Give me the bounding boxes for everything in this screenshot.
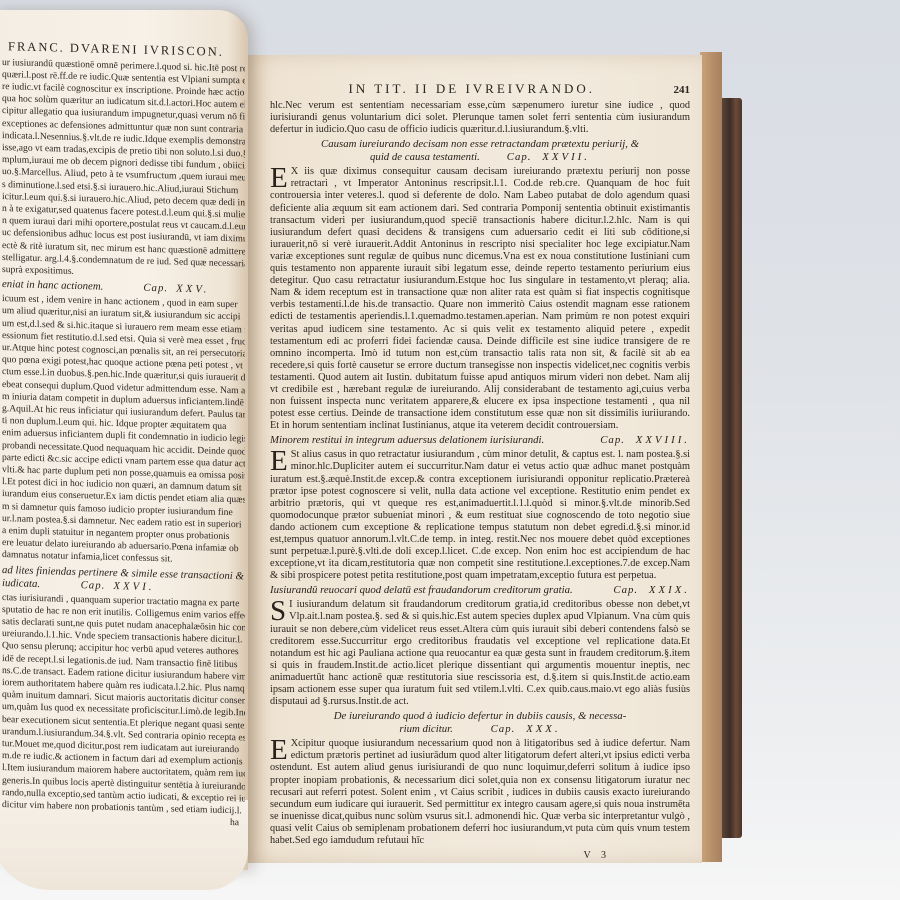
- chapter-heading-text: eniat in hanc actionem.: [2, 278, 103, 294]
- chapter-body: I iusiurandum delatum sit fraudandorum c…: [270, 599, 690, 707]
- chapter-body: X iis quæ diximus consequitur causam dec…: [270, 166, 690, 431]
- chapter-number: XXVII.: [542, 151, 590, 163]
- chapter-heading-text: rium dicitur.: [399, 723, 452, 735]
- right-running-head-title: IN TIT. II DE IVREIVRANDO.: [270, 82, 674, 95]
- chapter-number: XXV.: [176, 283, 209, 296]
- chapter-heading-line: rium dicitur. Cap. XXX.: [270, 723, 690, 736]
- right-running-head: IN TIT. II DE IVREIVRANDO. 241: [270, 82, 690, 96]
- left-chapter-25-text: icuum est , idem venire in hanc actionem…: [0, 293, 245, 568]
- chapter-number: XXVI.: [113, 580, 154, 593]
- chapter-heading-text: iudicata.: [2, 577, 40, 590]
- cap-label: Cap.: [600, 434, 625, 446]
- chapter-number: XXIX.: [649, 584, 690, 596]
- page-number: 241: [674, 85, 691, 96]
- cap-label: Cap.: [491, 723, 516, 735]
- chapter-heading-27: Causam iureiurando decisam non esse retr…: [270, 138, 690, 164]
- drop-cap: E: [270, 450, 288, 472]
- cap-label: Cap.: [613, 584, 638, 596]
- chapter-heading-30: De iureiurando quod à iudicio defertur i…: [270, 710, 690, 736]
- right-page-text: IN TIT. II DE IVREIVRANDO. 241 hlc.Nec v…: [270, 82, 690, 861]
- left-chapter-26-text: ctas iurisiurandi , quanquam superior tr…: [0, 592, 245, 830]
- chapter-heading-line: quid de causa testamenti. Cap. XXVII.: [270, 151, 690, 164]
- chapter-body: Xcipitur quoque iusiurandum necessarium …: [270, 738, 690, 846]
- book-photo: IN TIT. II DE IVREIVRANDO. 241 hlc.Nec v…: [0, 0, 900, 900]
- page-block-edge: [700, 52, 722, 862]
- chapter-number: XXVIII.: [636, 434, 690, 446]
- chapter-30-text: E Xcipitur quoque iusiurandum necessariu…: [270, 738, 690, 847]
- chapter-29-text: S I iusiurandum delatum sit fraudandorum…: [270, 599, 690, 708]
- drop-cap: E: [270, 739, 288, 761]
- left-top-text: ur iusiurandū quæstionē omnē perimere.l.…: [0, 57, 245, 283]
- left-page-text: FRANC. DVARENI IVRISCON. ur iusiurandū q…: [0, 40, 245, 830]
- cap-label: Cap.: [507, 151, 532, 163]
- drop-cap: E: [270, 167, 288, 189]
- signature-mark: V 3: [270, 851, 690, 861]
- cap-label: Cap.: [81, 579, 106, 592]
- chapter-heading-text: quid de causa testamenti.: [370, 151, 480, 163]
- leather-cover-edge: [722, 98, 742, 838]
- left-chapter-heading-26: ad lites finiendas pertinere & simile es…: [0, 564, 245, 596]
- chapter-number: XXX.: [526, 723, 561, 735]
- chapter-heading-line: Causam iureiurando decisam non esse retr…: [270, 138, 690, 151]
- chapter-27-text: E X iis quæ diximus consequitur causam d…: [270, 166, 690, 432]
- chapter-heading-text: Minorem restitui in integrum aduersus de…: [270, 434, 544, 447]
- chapter-heading-line: De iureiurando quod à iudicio defertur i…: [270, 710, 690, 723]
- chapter-28-text: E St alius casus in quo retractatur iusi…: [270, 449, 690, 582]
- opening-paragraph: hlc.Nec verum est sententiam necessariam…: [270, 100, 690, 136]
- chapter-body: St alius casus in quo retractatur iusiur…: [270, 449, 690, 581]
- chapter-heading-28: Minorem restitui in integrum aduersus de…: [270, 434, 690, 447]
- cap-label: Cap.: [143, 282, 168, 295]
- chapter-heading-text: Iusiurandū reuocari quod delatū est frau…: [270, 584, 573, 597]
- chapter-heading-29: Iusiurandū reuocari quod delatū est frau…: [270, 584, 690, 597]
- drop-cap: S: [270, 600, 286, 622]
